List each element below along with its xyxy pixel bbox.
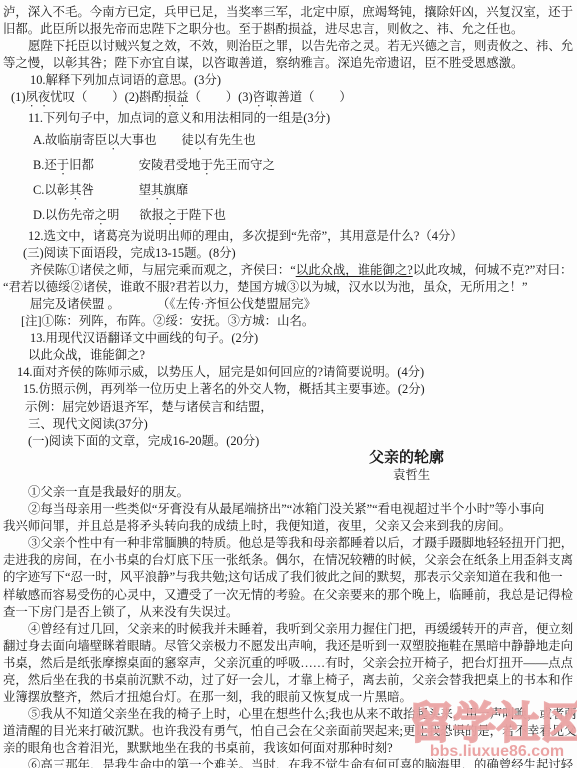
article-line: 查一下房门是否上锁了，从来没有失误过。 xyxy=(3,604,575,621)
option-text: 安陵君受地 xyxy=(139,158,201,172)
option-text: B.还 xyxy=(33,158,57,172)
question-15-stem: 15.仿照示例，再列举一位历史上著名的外交人物，概括其主要事迹。(2分) xyxy=(3,381,575,398)
option-text: 于陛下也 xyxy=(176,208,226,222)
article-line: ⑥高三那年，是我生命中的第一个难关。当时，在我不觉生命有何可喜的脑海里，的确曾经… xyxy=(3,757,575,768)
option-dotted-char: 其 xyxy=(69,183,81,197)
question-12: 12.选文中，诸葛亮为说明出师的理由，多次提到“先帝”，其用意是什么?（4分） xyxy=(3,228,575,245)
q10-dotted-word: 损益 xyxy=(164,90,189,104)
passage-text: 齐侯陈①诸侯之师，与屈完乘而观之，齐侯曰：“ xyxy=(30,263,296,277)
section-modern-sub: (一)阅读下面的文章，完成16-20题。(20分) xyxy=(3,433,575,450)
question-10-stem: 10.解释下列加点词语的意思。(3分) xyxy=(3,72,575,89)
option-text: 旗靡 xyxy=(163,183,188,197)
option-dotted-char: 之 xyxy=(95,208,107,222)
question-13-quote: 以此众战，谁能御之? xyxy=(3,347,575,364)
passage-note: [注]①陈：列阵，布阵。②绥：安抚。③方城：山名。 xyxy=(3,313,575,330)
article-title: 父亲的轮廓 xyxy=(3,450,575,467)
chushibiao-line-2: 旧都。此臣所以报先帝而忠陛下之职分也。至于斟酌损益，进尽忠言，则攸之、祎、允之任… xyxy=(3,21,575,38)
article-line: 业簿摆放整齐，然后才扭熄台灯。在那一刻，我的眼前又恢复成一片黑暗。 xyxy=(3,689,575,706)
exam-page: 泸，深入不毛。今南方已定，兵甲已足，当奖率三军，北定中原，庶竭驽钝，攘除奸凶，兴… xyxy=(0,0,577,768)
option-text: C.以彰 xyxy=(33,183,69,197)
chushibiao-line-4: 等之慢，以彰其咎；陛下亦宜自谋，以咨诹善道，察纳雅言。深追先帝遗诏，臣不胜受恩感… xyxy=(3,55,575,72)
option-text: 徒 xyxy=(181,133,193,147)
option-text: 明 xyxy=(107,208,119,222)
q10-dotted-word: 夙夜 xyxy=(25,90,50,104)
option-text: D.以伤先帝 xyxy=(33,208,95,222)
section-modern-heading: 三、现代文阅读(37分) xyxy=(3,416,575,433)
option-dotted-char: 其 xyxy=(151,183,163,197)
passage-text: 以此攻城，何城不克?”对曰： xyxy=(413,263,573,277)
question-15-example: 示例：屈完妙语退齐军，楚与诸侯言和结盟， xyxy=(3,399,575,416)
article-line: 书桌，然后是纸张摩擦桌面的窸窣声，父亲沉重的呼吸……有时，父亲会拉开椅子，把台灯… xyxy=(3,655,575,672)
passage-underlined-text: 以此众战，谁能御之? xyxy=(296,263,413,277)
q10-seg: 忧叹（ ）(2)斟酌 xyxy=(50,90,164,104)
article-line: 亮，然后坐在我的书桌前沉默不动，过了好一会儿，才靠上椅子，离去前，父亲会替我把桌… xyxy=(3,672,575,689)
article-line: ③父亲个性中有一种非常腼腆的特质。他总是等我和母亲都睡着以后，才蹑手蹑脚地轻轻扭… xyxy=(3,535,575,552)
passage-line-2: “君若以德绥②诸侯，谁敢不服?君若以力，楚国方城③以为城，汉水以为池，虽众，无所… xyxy=(3,279,575,296)
chushibiao-line-1: 泸，深入不毛。今南方已定，兵甲已足，当奖率三军，北定中原，庶竭驽钝，攘除奸凶，兴… xyxy=(3,4,575,21)
q10-seg: 善道（ ） xyxy=(277,90,351,104)
option-dotted-char: 以 xyxy=(107,133,119,147)
section-3-heading: (三)阅读下面语段，完成13-15题。(8分) xyxy=(3,245,575,262)
option-dotted-char: 于 xyxy=(201,158,213,172)
option-dotted-char: 于 xyxy=(57,158,69,172)
question-14: 14.面对齐侯的陈师示威，以势压人，屈完是如何回应的?请简要说明。(4分) xyxy=(3,364,575,381)
article-line: 翻过身去面向墙壁眯着眼睛。尽管父亲极力不愿发出声响，我还是听到一双塑胶拖鞋在黑暗… xyxy=(3,638,575,655)
article-line: ⑤我从不知道父亲坐在我的椅子上时，心里在想些什么;我也从来不敢抬起头来，用一声叫… xyxy=(3,706,575,723)
chushibiao-line-3: 愿陛下托臣以讨贼兴复之效，不效，则治臣之罪，以告先帝之灵。若无兴德之言，则责攸之… xyxy=(3,38,575,55)
article-line: ①父亲一直是我最好的朋友。 xyxy=(3,484,575,501)
question-10-items: (1)夙夜忧叹（ ）(2)斟酌损益（ ）(3)咨诹善道（ ） xyxy=(3,89,575,110)
option-dotted-char: 之 xyxy=(164,208,176,222)
option-text: 望 xyxy=(139,183,151,197)
option-text: 有先生也 xyxy=(206,133,256,147)
q10-dotted-word: 咨诹 xyxy=(253,90,278,104)
option-dotted-char: 以 xyxy=(194,133,206,147)
article-line: ②每当母亲用一些类似“牙膏没有从最尾端挤出”“冰箱门没关紧”“看电视超过半个小时… xyxy=(3,501,575,518)
question-11-stem: 11.下列句子中，加点词的意义和用法相同的一组是(3分) xyxy=(3,110,575,127)
option-text: 咎 xyxy=(82,183,94,197)
article-line: 的字迹写下“忍一时，风平浪静”与我共勉;这句话成了我们彼此之间的默契，那表示父亲… xyxy=(3,569,575,586)
q10-seg: （ ）(3) xyxy=(189,90,253,104)
article-line: 道清醒的目光来打破沉默。也许我没有勇气，怕自己会在父亲面前哭起来;更让我恐惧的是… xyxy=(3,723,575,740)
article-line: 走进我的房间，在小书桌的台灯底下压一张纸条。偶尔，在情况较糟的时候，父亲会在纸条… xyxy=(3,552,575,569)
article-line: 亲的眼角也含着泪光，默默地坐在我的书桌前，我该如何面对那种时刻? xyxy=(3,740,575,757)
option-d: D.以伤先帝之明欲报之于陛下也 xyxy=(3,203,575,228)
question-13-stem: 13.用现代汉语翻译文中画线的句子。(2分) xyxy=(3,330,575,347)
article-author: 袁哲生 xyxy=(3,467,575,484)
option-c: C.以彰其咎望其旗靡 xyxy=(3,178,575,203)
article-line: ④曾经有过几回，父亲来的时候我并未睡着，我听到父亲用力握住门把，再缓缓转开的声音… xyxy=(3,621,575,638)
option-b: B.还于旧都安陵君受地于先王而守之 xyxy=(3,153,575,178)
option-text: A.故临崩寄臣 xyxy=(33,133,107,147)
article-line: 我兴师问罪，并且总是将矛头转向我的成绩上时，我便知道，夜里，父亲又会来到我的房间… xyxy=(3,518,575,535)
option-text: 大事也 xyxy=(119,133,156,147)
option-text: 欲报 xyxy=(139,208,164,222)
passage-line-3: 屈完及诸侯盟 。 （《左传·齐恒公伐楚盟屈完》 xyxy=(3,296,575,313)
q10-seg: (1) xyxy=(11,90,25,104)
passage-line-1: 齐侯陈①诸侯之师，与屈完乘而观之，齐侯曰：“以此众战，谁能御之?以此攻城，何城不… xyxy=(3,262,575,279)
article-line: 样敏感而容易受伤的心灵中，又遭受了一次无情的考验。在父亲要来的那个晚上，临睡前，… xyxy=(3,587,575,604)
option-text: 先王而守之 xyxy=(213,158,275,172)
option-text: 旧都 xyxy=(69,158,94,172)
option-a: A.故临崩寄臣以大事也徒以有先生也 xyxy=(3,128,575,153)
